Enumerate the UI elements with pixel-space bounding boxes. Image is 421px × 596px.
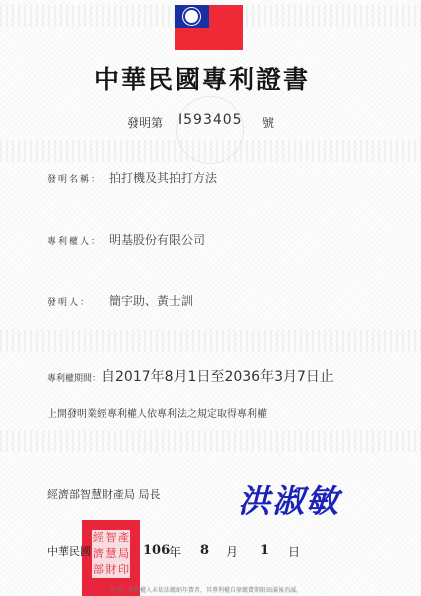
year-unit: 年 [169, 543, 181, 560]
seal-char: 慧 [105, 546, 118, 562]
field-value: 明基股份有限公司 [109, 233, 205, 247]
seal-char: 智 [105, 530, 118, 546]
issue-year: 106 [143, 543, 170, 558]
director-title: 經濟部智慧財產局 局長 [47, 486, 161, 502]
seal-inscription: 經 智 產 濟 慧 局 部 財 印 [92, 530, 130, 578]
seal-char: 產 [117, 530, 130, 546]
field-invention-title: 發明名稱：拍打機及其拍打方法 [47, 169, 217, 186]
seal-char: 印 [117, 562, 130, 578]
seal-char: 濟 [92, 546, 105, 562]
day-unit: 日 [288, 543, 300, 560]
field-label: 發明人： [47, 295, 109, 308]
seal-char: 局 [117, 546, 130, 562]
term-label: 專利權期間： [47, 374, 101, 384]
field-label: 專利權人： [47, 234, 109, 247]
term-value: 自2017年8月1日至2036年3月7日止 [101, 369, 334, 385]
field-patentee: 專利權人：明基股份有限公司 [47, 231, 205, 248]
seal-char: 部 [92, 562, 105, 578]
seal-char: 經 [92, 530, 105, 546]
certificate-title: 中華民國專利證書 [94, 60, 334, 96]
field-value: 拍打機及其拍打方法 [109, 171, 217, 185]
field-inventors: 發明人：簡宇助、黃士訓 [47, 292, 193, 309]
patent-term: 專利權期間：自2017年8月1日至2036年3月7日止 [47, 366, 334, 386]
seal-char: 財 [105, 562, 118, 578]
issue-day: 1 [260, 543, 269, 558]
director-signature: 洪淑敏 [238, 476, 340, 522]
date-era: 中華民國 [47, 543, 91, 559]
roc-flag [175, 5, 243, 50]
field-value: 簡宇助、黃士訓 [109, 294, 193, 308]
sun-icon [185, 10, 198, 23]
month-unit: 月 [226, 543, 238, 560]
grant-statement: 上開發明業經專利權人依專利法之規定取得專利權 [47, 405, 267, 420]
serial-suffix: 號 [262, 114, 274, 131]
footer-note: 注意：專利權人未依法繳納年費者，其專利權自原繳費期限屆滿後消滅。 [110, 585, 302, 594]
issue-month: 8 [200, 543, 209, 558]
serial-prefix: 發明第 [127, 114, 163, 131]
patent-number: I593405 [178, 112, 243, 128]
watermark-emblem [176, 96, 244, 164]
guilloche-band [0, 430, 421, 452]
guilloche-band [0, 330, 421, 352]
field-label: 發明名稱： [47, 172, 109, 185]
